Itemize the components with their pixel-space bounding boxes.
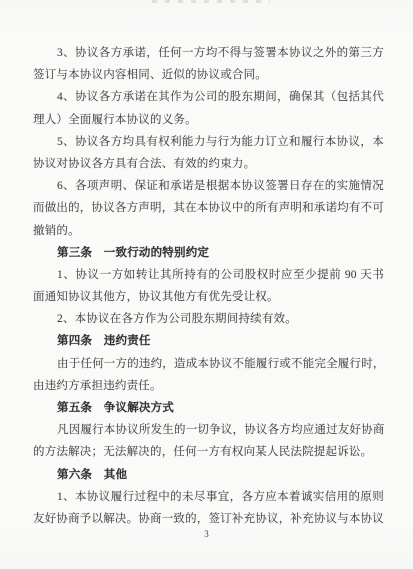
document-text-line: 撤销的。 — [33, 220, 384, 242]
document-text-line: 签订与本协议内容相同、近似的协议或合同。 — [33, 64, 384, 86]
document-text-line: 2、本协议在各方作为公司股东期间持续有效。 — [33, 308, 384, 330]
document-text-line: 凡因履行本协议所发生的一切争议，协议各方均应通过友好协商 — [33, 419, 384, 441]
document-text-line: 理人）全面履行本协议的义务。 — [33, 109, 384, 131]
section-heading: 第五条 争议解决方式 — [33, 397, 384, 419]
document-text-line: 友好协商予以解决。协商一致的，签订补充协议，补充协议与本协议 — [33, 508, 384, 530]
section-heading: 第三条 一致行动的特别约定 — [33, 242, 384, 264]
page-number: 3 — [0, 528, 413, 540]
document-page: 3、协议各方承诺，任何一方均不得与签署本协议之外的第三方签订与本协议内容相同、近… — [0, 0, 413, 569]
document-text-line: 6、各项声明、保证和承诺是根据本协议签署日存在的实施情况 — [33, 175, 384, 197]
document-body: 3、协议各方承诺，任何一方均不得与签署本协议之外的第三方签订与本协议内容相同、近… — [33, 42, 384, 530]
cutoff-header-artifact — [152, 0, 270, 3]
document-text-line: 5、协议各方均具有权利能力与行为能力订立和履行本协议，本 — [33, 131, 384, 153]
document-text-line: 的方法解决；无法解决的，任何一方有权向某人民法院提起诉讼。 — [33, 441, 384, 463]
section-heading: 第四条 违约责任 — [33, 330, 384, 352]
document-text-line: 由于任何一方的违约，造成本协议不能履行或不能完全履行时， — [33, 353, 384, 375]
document-text-line: 由违约方承担违约责任。 — [33, 375, 384, 397]
document-text-line: 1、本协议履行过程中的未尽事宜，各方应本着诚实信用的原则 — [33, 486, 384, 508]
section-heading: 第六条 其他 — [33, 464, 384, 486]
document-text-line: 4、协议各方承诺在其作为公司的股东期间，确保其（包括其代 — [33, 86, 384, 108]
document-text-line: 面通知协议其他方，协议其他方有优先受让权。 — [33, 286, 384, 308]
document-text-line: 协议对协议各方具有合法、有效的约束力。 — [33, 153, 384, 175]
document-text-line: 3、协议各方承诺，任何一方均不得与签署本协议之外的第三方 — [33, 42, 384, 64]
document-text-line: 而做出的，协议各方声明，其在本协议中的所有声明和承诺均有不可 — [33, 197, 384, 219]
document-text-line: 1、协议一方如转让其所持有的公司股权时应至少提前 90 天书 — [33, 264, 384, 286]
